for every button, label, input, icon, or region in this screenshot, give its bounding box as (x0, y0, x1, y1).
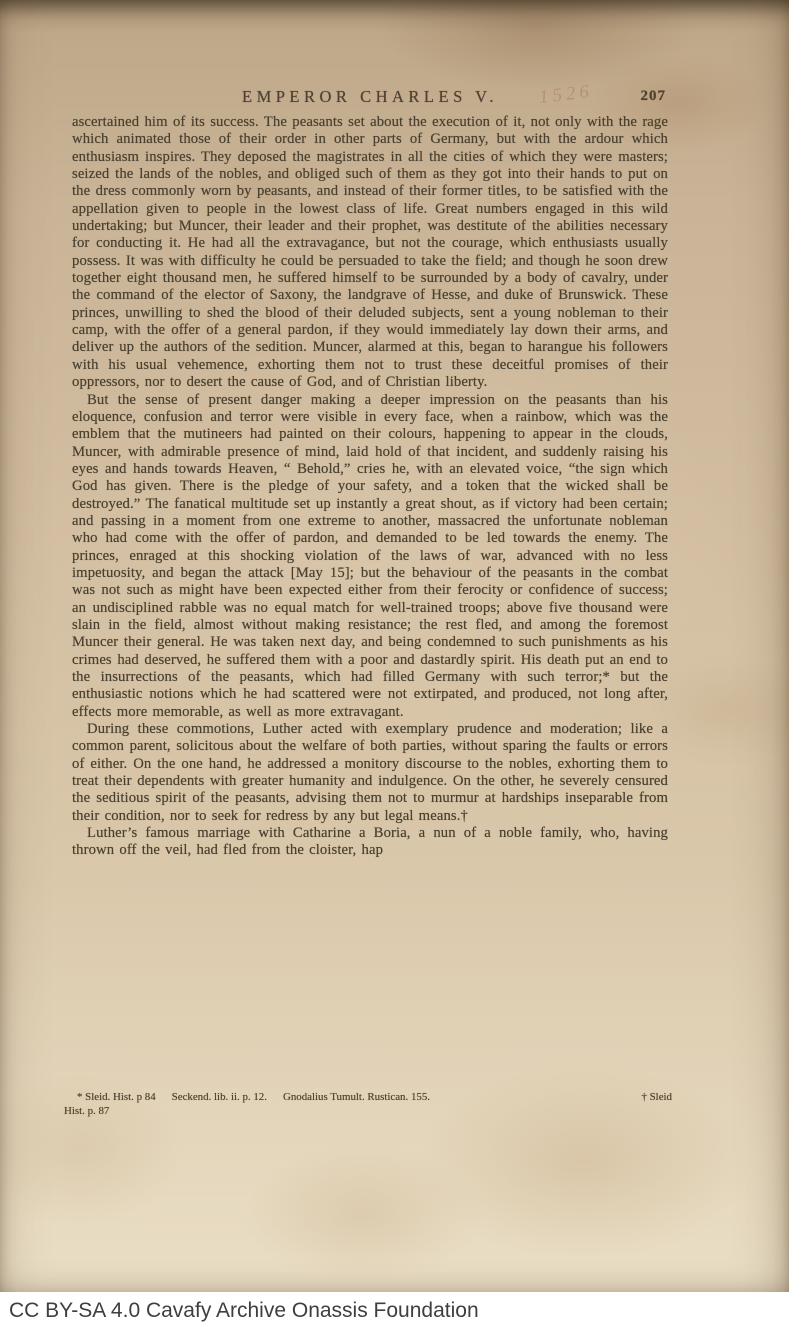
paragraph-peasants-execution: ascertained him of its success. The peas… (72, 114, 668, 392)
screenshot-root: EMPEROR CHARLES V. 1526 207 ascertained … (0, 0, 789, 1330)
footnote-ref-dagger: † Sleid (641, 1091, 676, 1105)
footnote-ref-seckend: Seckend. lib. ii. p. 12. (172, 1091, 267, 1105)
handwritten-date-note: 1526 (538, 81, 594, 109)
footnote-line-1: * Sleid. Hist. p 84 Seckend. lib. ii. p.… (64, 1091, 676, 1105)
book-page-scan: EMPEROR CHARLES V. 1526 207 ascertained … (0, 0, 789, 1292)
footnote-block: * Sleid. Hist. p 84 Seckend. lib. ii. p.… (64, 1091, 676, 1118)
footnote-line-2: Hist. p. 87 (64, 1105, 676, 1119)
paragraph-rainbow-battle: But the sense of present danger making a… (72, 392, 668, 722)
page-body: ascertained him of its success. The peas… (72, 114, 668, 860)
paragraph-luther-moderation: During these commotions, Luther acted wi… (72, 721, 668, 825)
paragraph-luther-marriage: Luther’s famous marriage with Catharine … (72, 825, 668, 860)
license-caption: CC BY-SA 4.0 Cavafy Archive Onassis Foun… (0, 1299, 479, 1323)
footnote-ref-gnodalius: Gnodalius Tumult. Rustican. 155. (283, 1091, 430, 1105)
page-header: EMPEROR CHARLES V. 1526 207 (72, 87, 668, 109)
running-title: EMPEROR CHARLES V. (242, 87, 498, 107)
page-number: 207 (641, 88, 667, 105)
footnote-ref-sleid: * Sleid. Hist. p 84 (77, 1091, 156, 1105)
license-caption-bar: CC BY-SA 4.0 Cavafy Archive Onassis Foun… (0, 1292, 789, 1330)
